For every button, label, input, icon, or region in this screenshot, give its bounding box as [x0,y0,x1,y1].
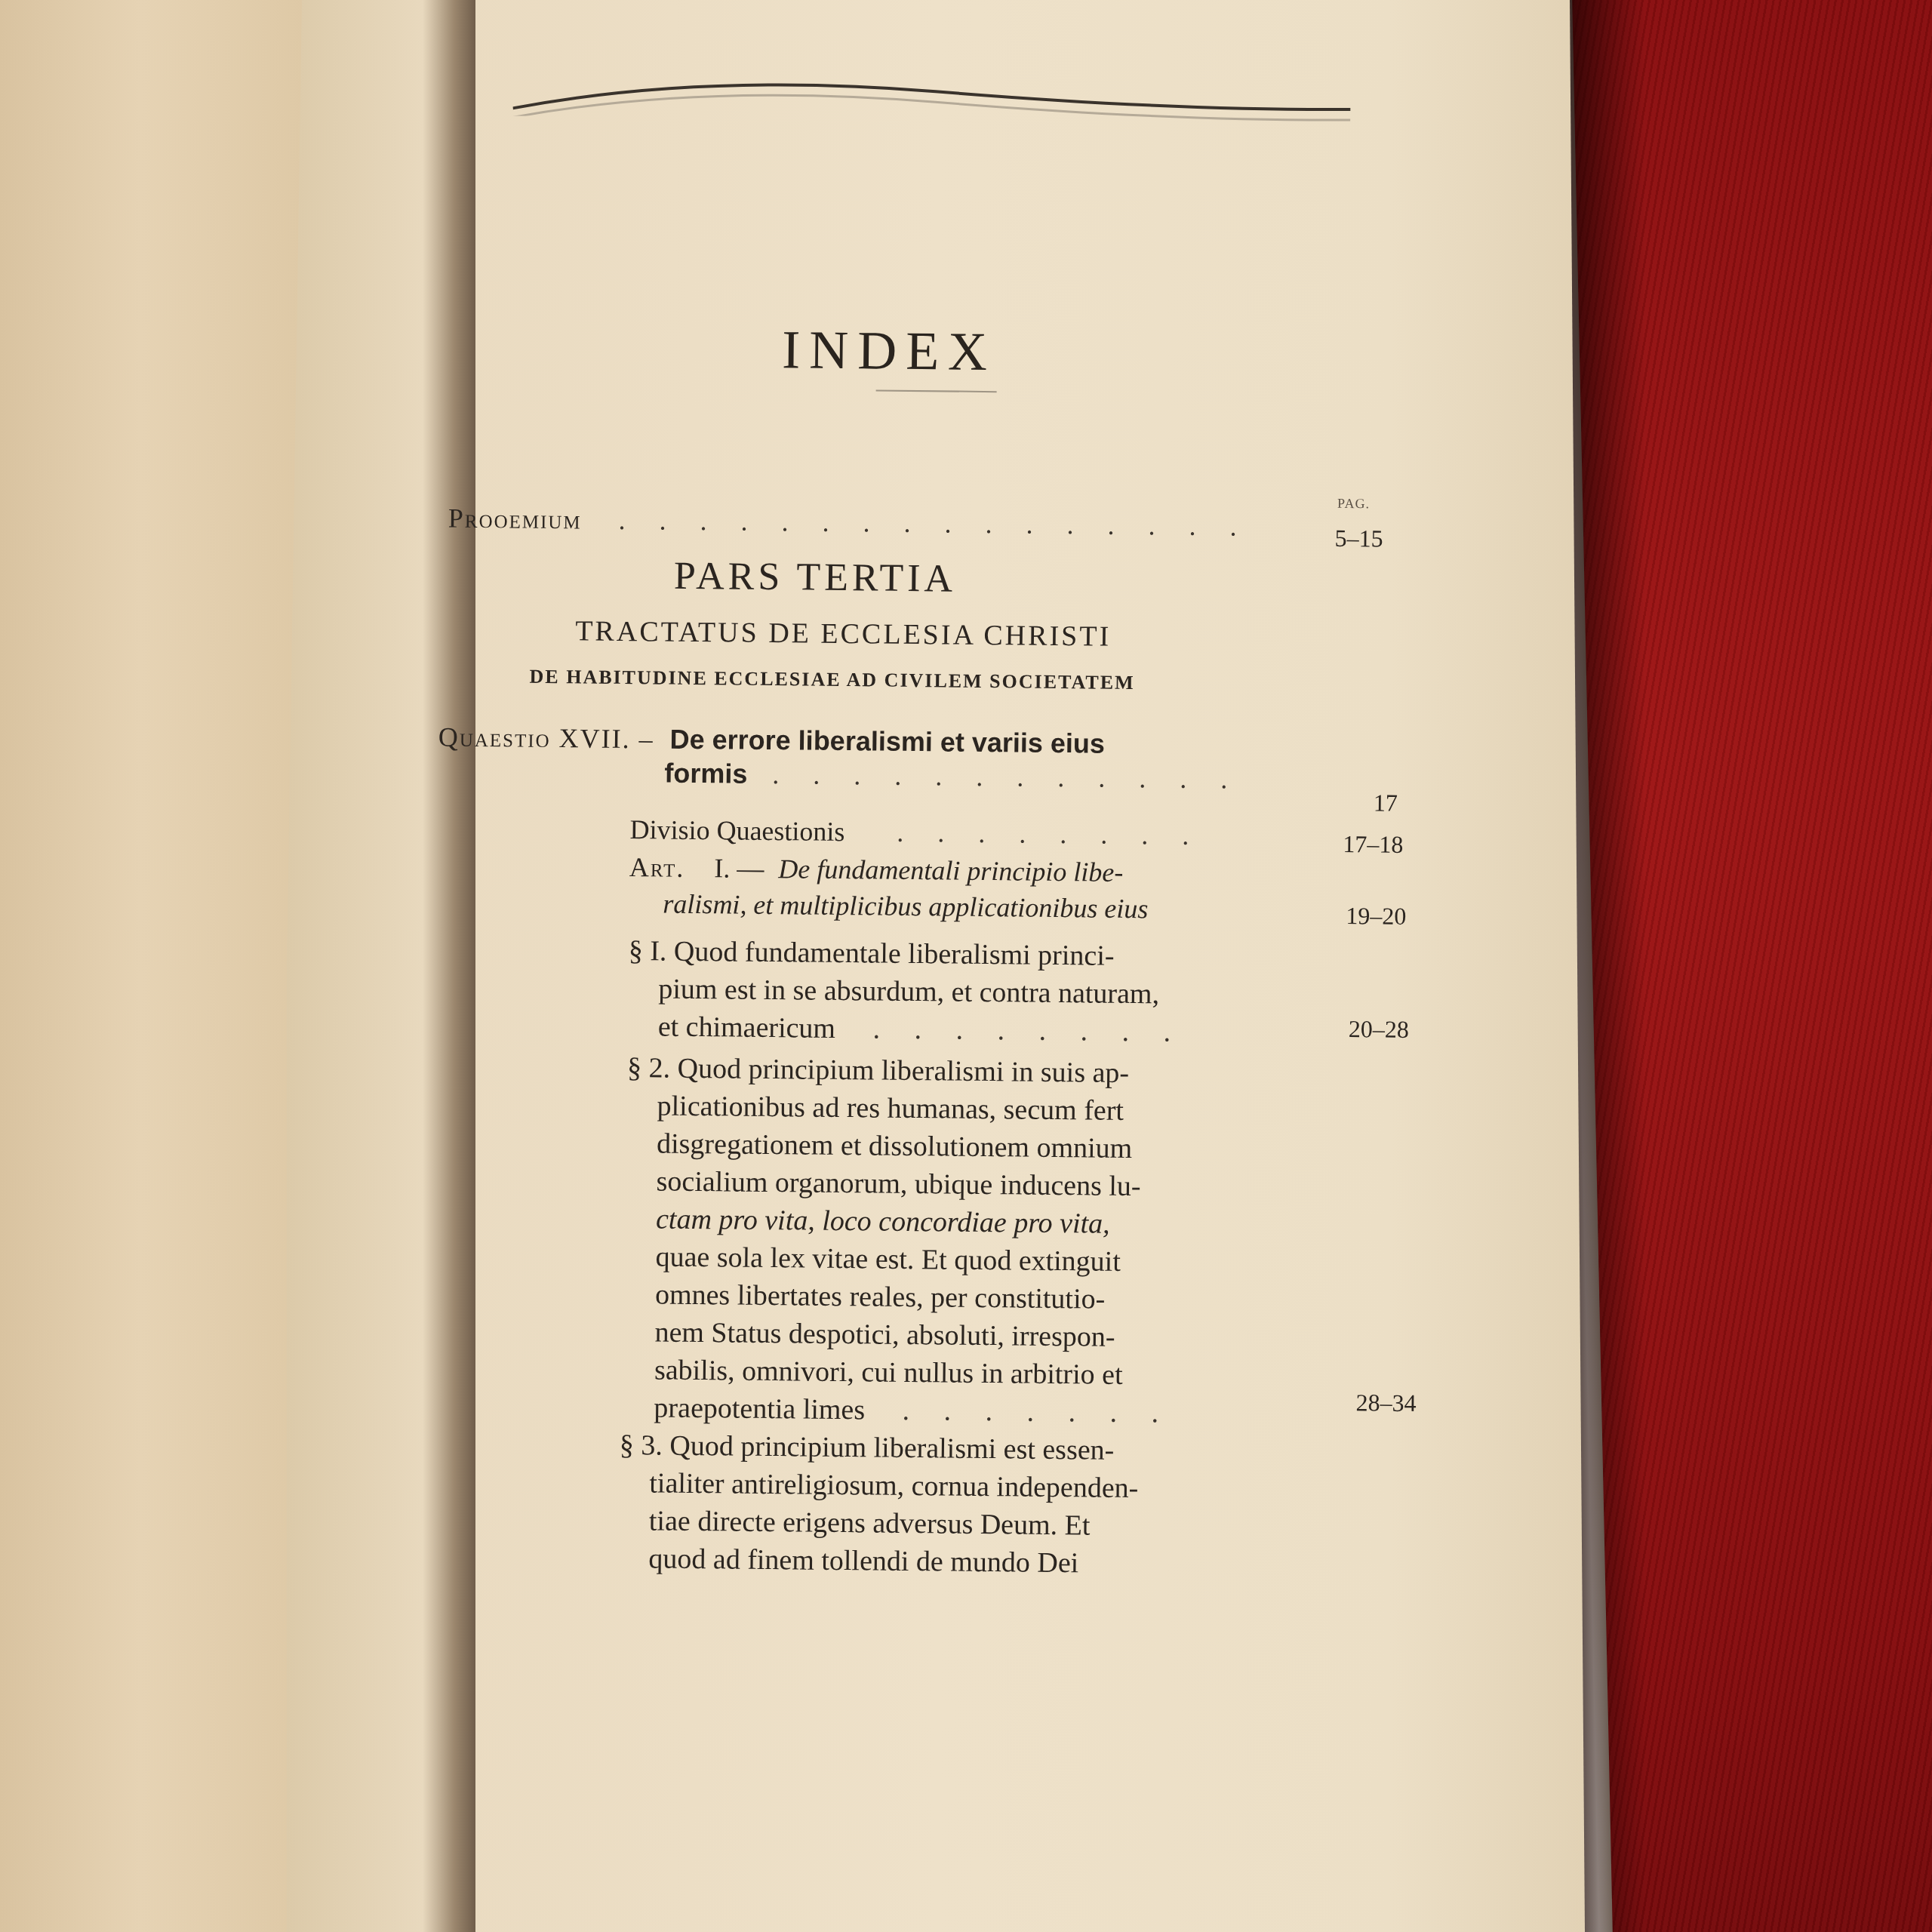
quaestio-title: De errore liberalismi et variis eius [669,724,1105,759]
section-line: § 3. Quod principium liberalismi est ess… [620,1426,1223,1470]
section-line: pium est in se absurdum, et contra natur… [628,970,1232,1014]
entry-divisio: Divisio Quaestionis . . . . . . . . [629,811,1202,854]
section-line-last: praepotentia limes . . . . . . . [623,1389,1227,1432]
section-line: tialiter antireligiosum, cornua independ… [619,1464,1223,1508]
section-line: ctam pro vita, loco concordiae pro vita, [626,1200,1229,1244]
section-line: nem Status despotici, absoluti, irrespon… [624,1313,1228,1357]
entry-article-1: Art. I. — De fundamentali principio libe… [629,849,1124,891]
leader-dots: . . . . . . . . . . . . [772,759,1241,795]
leader-dots: . . . . . . . . . . . . . . . . [619,505,1251,542]
quaestio-prefix: Quaestio XVII. – [438,721,654,754]
entry-quaestio-cont: formis . . . . . . . . . . . . [664,755,1241,798]
entry-section-2: § 2. Quod principium liberalismi in suis… [623,1049,1231,1432]
entry-section-3: § 3. Quod principium liberalismi est ess… [618,1426,1223,1583]
section-heading: DE HABITUDINE ECCLESIAE AD CIVILEM SOCIE… [529,666,1134,694]
article-number: I. — [714,853,764,884]
decorative-rule-icon [512,78,1350,125]
article-prefix: Art. [629,852,685,883]
entry-label: Prooemium [448,503,582,535]
section-line: disgregationem et dissolutionem omnium [626,1124,1230,1168]
section-line: § I. Quod fundamentale liberalismi princ… [629,932,1232,976]
section-line-text: praepotentia limes [654,1392,865,1426]
page-number: 20–28 [1349,1015,1409,1044]
section-line: quae sola lex vitae est. Et quod extingu… [625,1238,1229,1281]
photo-scene: INDEX PAG. Prooemium . . . . . . . . . .… [0,0,1932,1932]
leader-dots: . . . . . . . . [897,817,1202,851]
page-number: 5–15 [1334,525,1383,553]
section-line: § 2. Quod principium liberalismi in suis… [627,1049,1231,1093]
section-line-last: et chimaericum . . . . . . . . [628,1008,1232,1051]
section-line: sabilis, omnivori, cui nullus in arbitri… [624,1351,1228,1395]
page-number: 17–18 [1343,830,1403,859]
treatise-heading: TRACTATUS DE ECCLESIA CHRISTI [575,614,1111,653]
page-number: 19–20 [1346,902,1406,931]
title-underline [876,389,997,392]
section-line: socialium organorum, ubique inducens lu- [626,1162,1229,1206]
section-line-text: et chimaericum [658,1011,836,1044]
entry-article-1-cont: ralismi, et multiplicibus applicationibu… [663,886,1148,928]
section-line: plicationibus ad res humanas, secum fert [626,1087,1230,1131]
leader-dots: . . . . . . . [902,1395,1172,1429]
page-number: 28–34 [1355,1389,1416,1417]
entry-prooemium: Prooemium . . . . . . . . . . . . . . . … [448,500,1251,545]
entry-label: Divisio Quaestionis [629,814,844,847]
page-number: 17 [1374,789,1398,817]
leader-dots: . . . . . . . . [872,1013,1184,1048]
quaestio-title-cont: formis [664,758,747,789]
article-title: De fundamentali principio libe- [778,854,1123,888]
page-title: INDEX [782,318,997,383]
section-line: tiae directe erigens adversus Deum. Et [619,1502,1223,1546]
section-line: quod ad finem tollendi de mundo Dei [618,1540,1222,1583]
part-heading: PARS TERTIA [674,554,957,601]
index-page-content: INDEX PAG. Prooemium . . . . . . . . . .… [434,70,1524,1893]
entry-section-1: § I. Quod fundamentale liberalismi princ… [628,932,1233,1051]
pag-column-label: PAG. [1337,496,1370,512]
section-line: omnes libertates reales, per constitutio… [625,1275,1229,1319]
